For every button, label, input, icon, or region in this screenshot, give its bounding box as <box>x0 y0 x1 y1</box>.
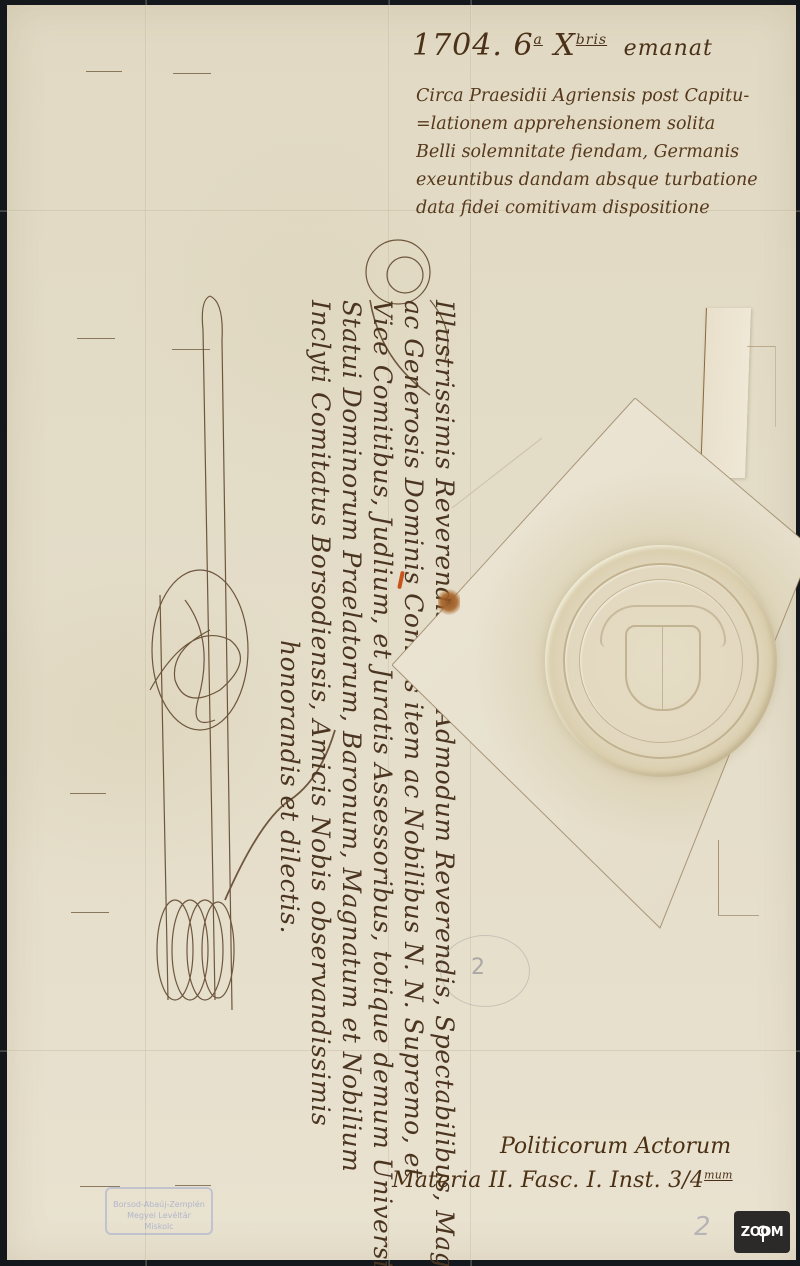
wax-stain <box>438 588 460 616</box>
docket-emanat: emanat <box>624 36 713 61</box>
address-line: Vice Comitibus, Judlium, et Juratis Asse… <box>367 300 398 1060</box>
docket-year: 1704. <box>412 28 503 63</box>
strap-slot-outline-lower <box>718 840 759 916</box>
margin-tick <box>71 912 109 913</box>
seal-coat-of-arms-icon <box>625 625 701 711</box>
summary-line: =lationem apprehensionem solita <box>416 110 796 138</box>
margin-tick <box>77 338 115 339</box>
docket-month: X <box>553 28 575 63</box>
magnifier-icon <box>756 1225 770 1243</box>
docket-day-sup: a <box>534 32 543 48</box>
seal-paper-strap <box>700 308 751 478</box>
strap-slot-outline <box>747 346 776 427</box>
address-line: Statui Dominorum Praelatorum, Baronum, M… <box>336 300 367 1060</box>
margin-tick <box>172 349 210 350</box>
margin-tick <box>173 73 211 74</box>
pencil-circle-number: 2 <box>471 955 485 980</box>
stamp-line: Megyei Levéltár <box>107 1210 211 1221</box>
margin-tick <box>86 71 122 72</box>
zoom-logo-badge[interactable]: ZOOM <box>734 1211 790 1253</box>
archive-reference-line1: Politicorum Actorum <box>500 1134 731 1159</box>
summary-line: Circa Praesidii Agriensis post Capitu- <box>416 82 796 110</box>
embossed-paper-seal <box>545 545 777 777</box>
archive-reference-sup: mum <box>704 1169 733 1182</box>
archive-rubber-stamp: Borsod-Abaúj-Zemplén Megyei Levéltár Mis… <box>105 1187 213 1235</box>
summary-line: data fidei comitivam dispositione <box>416 194 796 222</box>
pencil-circle-mark <box>440 935 530 1007</box>
margin-tick <box>70 793 106 794</box>
docket-day: 6 <box>513 28 533 63</box>
summary-line: exeuntibus dandam absque turbatione <box>416 166 796 194</box>
docket-month-sup: bris <box>576 32 607 48</box>
stamp-line: Miskolc <box>107 1221 211 1232</box>
summary-line: Belli solemnitate fiendam, Germanis <box>416 138 796 166</box>
address-line: Inclyti Comitatus Borsodiensis, Amicis N… <box>305 300 336 1060</box>
address-line: honorandis et dilectis. <box>274 300 305 1060</box>
docket-date: 1704. 6a Xbris emanat <box>412 28 713 63</box>
margin-tick <box>175 1185 211 1186</box>
archive-reference-number: 3/4 <box>668 1168 704 1193</box>
docket-summary: Circa Praesidii Agriensis post Capitu- =… <box>416 82 796 222</box>
pencil-page-number: 2 <box>694 1212 711 1242</box>
stamp-line: Borsod-Abaúj-Zemplén <box>107 1199 211 1210</box>
archive-reference-prefix: Materia II. Fasc. I. Inst. <box>392 1168 661 1193</box>
archive-reference-line2: Materia II. Fasc. I. Inst. 3/4mum <box>392 1168 733 1193</box>
